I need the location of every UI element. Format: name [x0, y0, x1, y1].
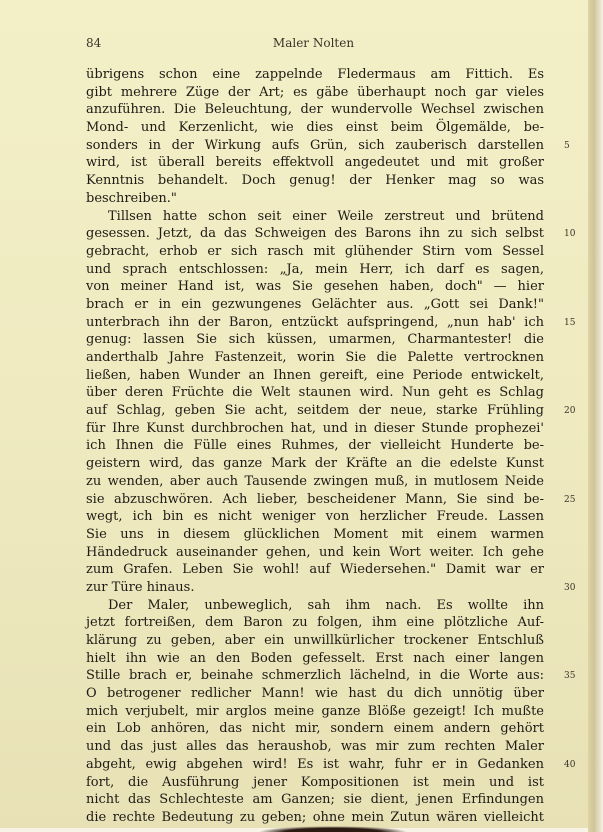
book-page: 84 Maler Nolten übrigens schon eine zapp… [0, 0, 588, 828]
running-title: Maler Nolten [86, 36, 541, 50]
text-line: mich verjubelt, mir arglos meine ganze B… [86, 703, 544, 721]
text-line: O betrogener redlicher Mann! wie hast du… [86, 685, 544, 703]
text-line: zur Türe hinaus.30 [86, 579, 544, 597]
line-number: 25 [564, 492, 575, 510]
text-line: und das just alles das heraushob, was mi… [86, 738, 544, 756]
text-line: gibt mehrere Züge der Art; es gäbe überh… [86, 84, 544, 102]
text-line: Stille brach er, beinahe schmerzlich läc… [86, 667, 544, 685]
text-line: jetzt fortreißen, dem Baron zu folgen, i… [86, 614, 544, 632]
text-line: hielt ihn wie an den Boden gefesselt. Er… [86, 650, 544, 668]
text-line: wegt, ich bin es nicht weniger von herzl… [86, 508, 544, 526]
text-line: klärung zu geben, aber ein unwillkürlich… [86, 632, 544, 650]
page-edge [588, 0, 603, 832]
line-number: 5 [564, 138, 570, 156]
line-number: 10 [564, 226, 575, 244]
text-line: zum Grafen. Leben Sie wohl! auf Wiederse… [86, 561, 544, 579]
text-line: ich Ihnen die Fülle eines Ruhmes, der vi… [86, 437, 544, 455]
text-line: abgeht, ewig abgehen wird! Es ist wahr, … [86, 756, 544, 774]
text-line: gesessen. Jetzt, da das Schweigen des Ba… [86, 225, 544, 243]
text-line: Händedruck auseinander gehen, und kein W… [86, 544, 544, 562]
text-line: fort, die Ausführung jener Kompositionen… [86, 774, 544, 792]
text-line: wird, ist überall bereits effektvoll ang… [86, 154, 544, 172]
text-line: übrigens schon eine zappelnde Fledermaus… [86, 66, 544, 84]
text-line: geistern wird, das ganze Mark der Kräfte… [86, 455, 544, 473]
text-line: zu wenden, aber auch Tausende zwingen mu… [86, 473, 544, 491]
text-line: von meiner Hand ist, was Sie gesehen hab… [86, 278, 544, 296]
line-number: 20 [564, 403, 575, 421]
text-line: nicht das Schlechteste am Ganzen; sie di… [86, 791, 544, 809]
line-number: 30 [564, 580, 575, 598]
text-line: ließen, haben Wunder an Ihnen gereift, e… [86, 367, 544, 385]
text-line: sonders in der Wirkung aufs Grün, sich z… [86, 137, 544, 155]
line-number: 15 [564, 315, 575, 333]
text-line: genug: lassen Sie sich küssen, umarmen, … [86, 331, 544, 349]
text-line: auf Schlag, geben Sie acht, seitdem der … [86, 402, 544, 420]
text-line: und sprach entschlossen: „Ja, mein Herr,… [86, 261, 544, 279]
line-number: 35 [564, 668, 575, 686]
line-number: 40 [564, 757, 575, 775]
text-line: über deren Früchte die Welt staunen wird… [86, 384, 544, 402]
text-line: ein Lob anhören, das nicht mir, sondern … [86, 720, 544, 738]
text-line: sie abzuschwören. Ach lieber, bescheiden… [86, 491, 544, 509]
text-line: für Ihre Kunst durchbrochen hat, und in … [86, 420, 544, 438]
text-line: gebracht, erhob er sich rasch mit glühen… [86, 243, 544, 261]
page-header: 84 Maler Nolten [86, 36, 541, 56]
text-line: Sie uns in diesem glücklichen Moment mit… [86, 526, 544, 544]
text-line: unterbrach ihn der Baron, entzückt aufsp… [86, 314, 544, 332]
text-line: anderthalb Jahre Fastenzeit, worin Sie d… [86, 349, 544, 367]
text-line: Mond- und Kerzenlicht, wie dies einst be… [86, 119, 544, 137]
text-line: brach er in ein gezwungenes Gelächter au… [86, 296, 544, 314]
text-line: Tillsen hatte schon seit einer Weile zer… [86, 208, 544, 226]
binding-shadow [258, 826, 408, 832]
text-line: Der Maler, unbeweglich, sah ihm nach. Es… [86, 597, 544, 615]
text-line: beschreiben." [86, 190, 544, 208]
text-line: anzuführen. Die Beleuchtung, der wunderv… [86, 101, 544, 119]
body-text: übrigens schon eine zappelnde Fledermaus… [86, 66, 544, 827]
text-line: Kenntnis behandelt. Doch genug! der Henk… [86, 172, 544, 190]
text-line: die rechte Bedeutung zu geben; ohne mein… [86, 809, 544, 827]
